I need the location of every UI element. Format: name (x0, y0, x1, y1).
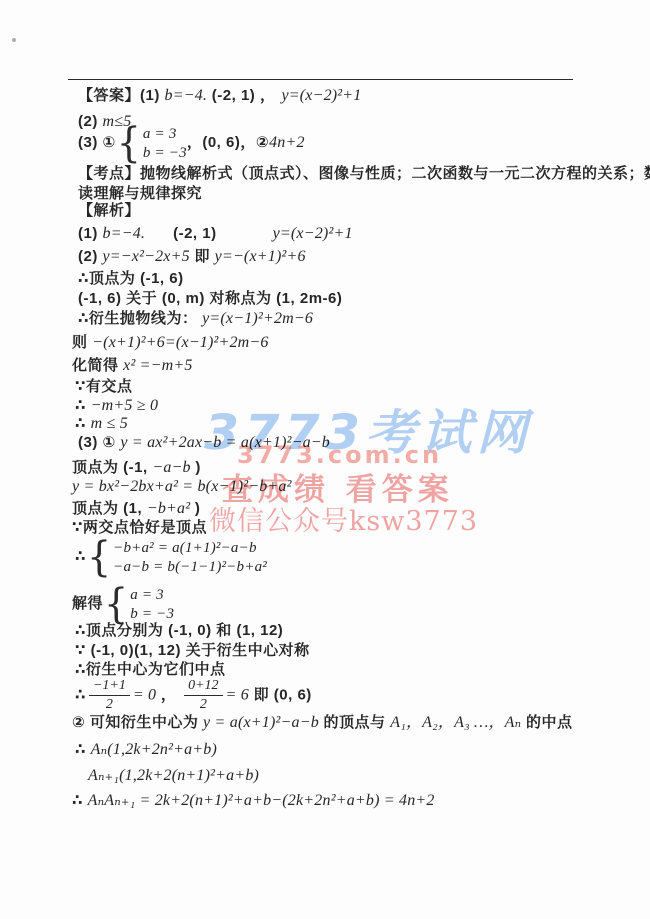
equation-system: −b+a² = a(1+1)²−a−b−a−b = b(−1−1)²−b+a² (86, 538, 267, 576)
solution-line-22: ② 可知衍生中心为 y = a(x+1)²−a−b 的顶点与 A₁，A₂，A₃ … (72, 713, 573, 733)
solution-line-17: 解得a = 3b = −3 (72, 585, 174, 623)
solved-values: a = 3b = −3 (103, 585, 174, 623)
solution-line-25: ∴ AₙAₙ₊₁ = 2k+2(n+1)²+a+b−(2k+2n²+a+b) =… (72, 791, 435, 811)
solution-line-5: ∴衍生抛物线为： y=(x−1)²+2m−6 (78, 309, 313, 329)
fraction-1: −1+12 (89, 678, 130, 713)
solution-line-24: Aₙ₊₁(1,2k+2(n+1)²+a+b) (88, 766, 259, 786)
fraction-2: 0+122 (184, 678, 222, 713)
solution-line-21: ∴−1+12= 0 ， 0+122= 6 即 (0, 6) (75, 678, 312, 713)
solution-line-2: (2) y=−x²−2x+5 即 y=−(x+1)²+6 (78, 247, 306, 267)
solution-line-12: 顶点为 (-1, −a−b ) (72, 458, 201, 478)
solution-line-23: ∴ Aₙ(1,2k+2n²+a+b) (75, 740, 217, 760)
solution-line-20: ∴衍生中心为它们中点 (75, 660, 225, 680)
kaodian-line-1: 【考点】抛物线解析式（顶点式）、图像与性质；二次函数与一元二次方程的关系；数学新… (78, 164, 650, 184)
top-rule (68, 79, 573, 80)
solution-line-9: ∴ −m+5 ≥ 0 (75, 396, 158, 416)
solution-line-10: ∴ m ≤ 5 (75, 414, 128, 434)
solution-line-7: 化简得 x² =−m+5 (72, 356, 193, 376)
solution-line-11: (3) ① y = ax²+2ax−b = a(x+1)²−a−b (78, 433, 330, 453)
answer-line-1: 【答案】(1) b=−4. (-2, 1) ，y=(x−2)²+1 (78, 86, 362, 106)
answer-cases: a = 3b = −3 (116, 124, 187, 162)
document-page: 【答案】(1) b=−4. (-2, 1) ，y=(x−2)²+1 (2) m≤… (0, 0, 650, 919)
solution-line-13: y = bx²−2bx+a² = b(x−1)²−b+a² (72, 477, 292, 497)
solution-line-8: ∵有交点 (75, 377, 132, 397)
kaodian-label: 【考点】 (78, 165, 140, 182)
solution-line-1: (1) b=−4.(-2, 1)y=(x−2)²+1 (78, 224, 353, 244)
scan-artifact-dot (12, 38, 16, 42)
left-brace (104, 583, 128, 624)
solution-line-16: ∴−b+a² = a(1+1)²−a−b−a−b = b(−1−1)²−b+a² (75, 538, 267, 576)
jiexi-label-line: 【解析】 (78, 201, 140, 221)
solution-line-3: ∴顶点为 (-1, 6) (78, 269, 184, 289)
solution-line-14: 顶点为 (1, −b+a² ) (72, 499, 200, 519)
left-brace (117, 122, 141, 163)
solution-line-19: ∵ (-1, 0)(1, 12) 关于衍生中心对称 (75, 641, 310, 661)
answer-label: 【答案】 (78, 87, 140, 104)
jiexi-label: 【解析】 (78, 202, 140, 219)
solution-line-18: ∴顶点分别为 (-1, 0) 和 (1, 12) (75, 621, 283, 641)
solution-line-4: (-1, 6) 关于 (0, m) 对称点为 (1, 2m-6) (78, 289, 342, 309)
answer-line-3: (3) ①a = 3b = −3，(0, 6)，②4n+2 (78, 124, 305, 162)
solution-line-6: 则 −(x+1)²+6=(x−1)²+2m−6 (72, 333, 269, 353)
watermark-wechat-account: 微信公众号ksw3773 (209, 499, 478, 538)
left-brace (87, 536, 111, 577)
